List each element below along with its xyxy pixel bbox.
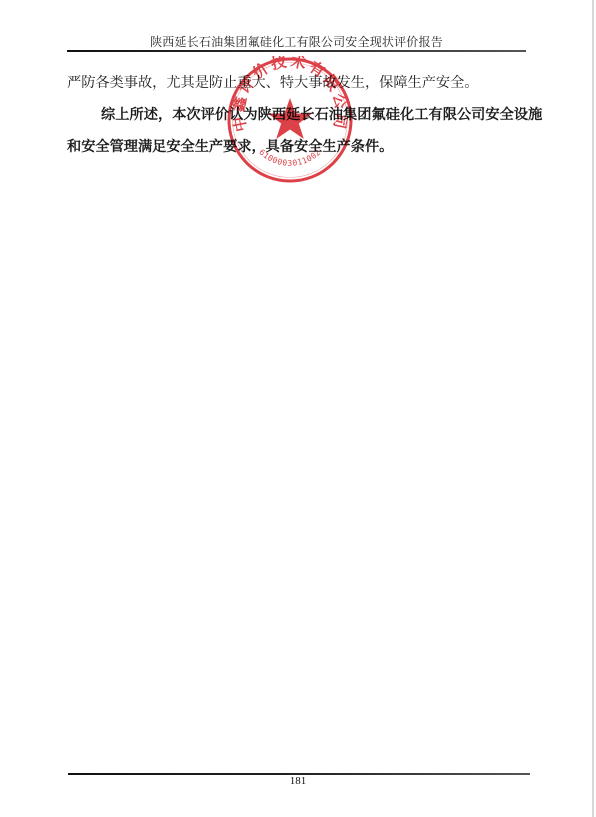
conclusion-paragraph-line: 综上所述，本次评价认为陕西延长石油集团氟硅化工有限公司安全设施	[101, 104, 542, 124]
page-number: 181	[0, 775, 596, 787]
conclusion-paragraph-line: 和安全管理满足安全生产要求，具备安全生产条件。	[67, 136, 393, 156]
header-divider	[67, 50, 526, 52]
page-edge	[592, 0, 594, 817]
report-header-title: 陕西延长石油集团氟硅化工有限公司安全现状评价报告	[67, 33, 526, 50]
body-paragraph-line: 严防各类事故，尤其是防止重大、特大事故发生，保障生产安全。	[67, 72, 478, 92]
